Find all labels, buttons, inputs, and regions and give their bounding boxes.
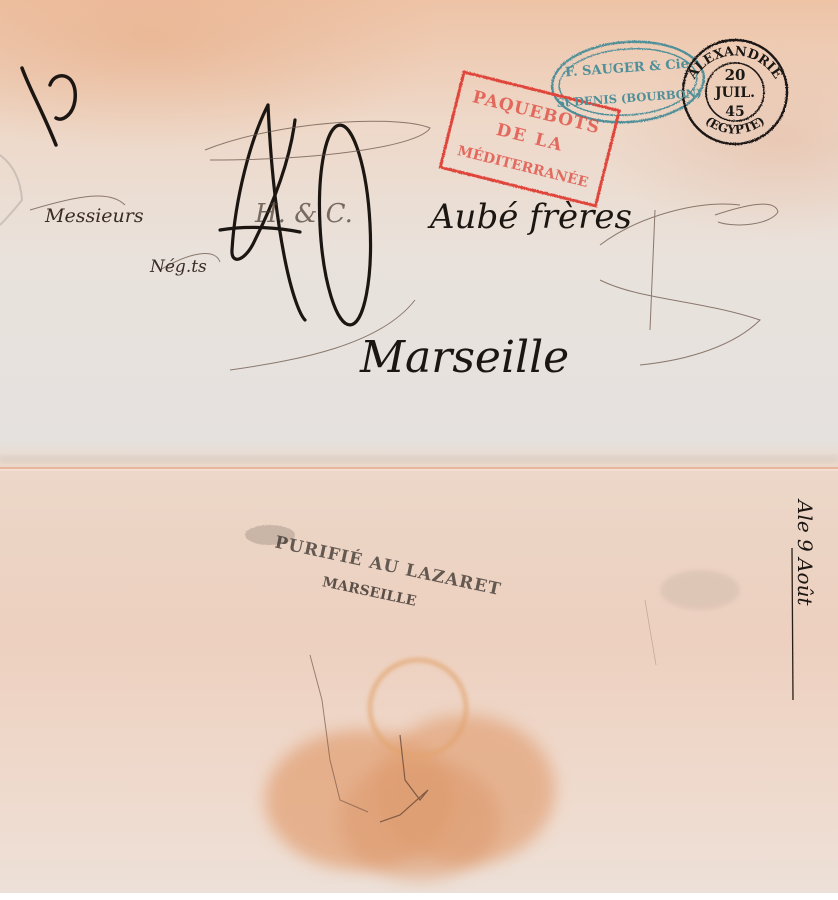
sender-oval-line1: F. SAUGER & Cie [565, 57, 690, 81]
addressee-name-text: Aubé frères [427, 197, 632, 237]
side-note-text: Ale 9 Août [793, 498, 817, 606]
destination-text: Marseille [359, 332, 569, 383]
cover-text-layer: F. SAUGER & Cie St DENIS (BOURBON) PAQUE… [0, 0, 838, 893]
datestamp-day: 20 [725, 66, 746, 84]
addressee-title-text: Nég.ts [149, 257, 207, 277]
sender-oval-line2: St DENIS (BOURBON) [556, 86, 702, 110]
datestamp-year: 45 [725, 104, 744, 120]
paquebots-line3: MÉDITERRANÉE [456, 141, 591, 191]
postal-cover: F. SAUGER & Cie St DENIS (BOURBON) PAQUE… [0, 0, 838, 893]
addressee-initials-text: H. & C. [254, 199, 353, 229]
datestamp-month: JUIL. [713, 85, 755, 101]
salutation-text: Messieurs [44, 205, 144, 227]
